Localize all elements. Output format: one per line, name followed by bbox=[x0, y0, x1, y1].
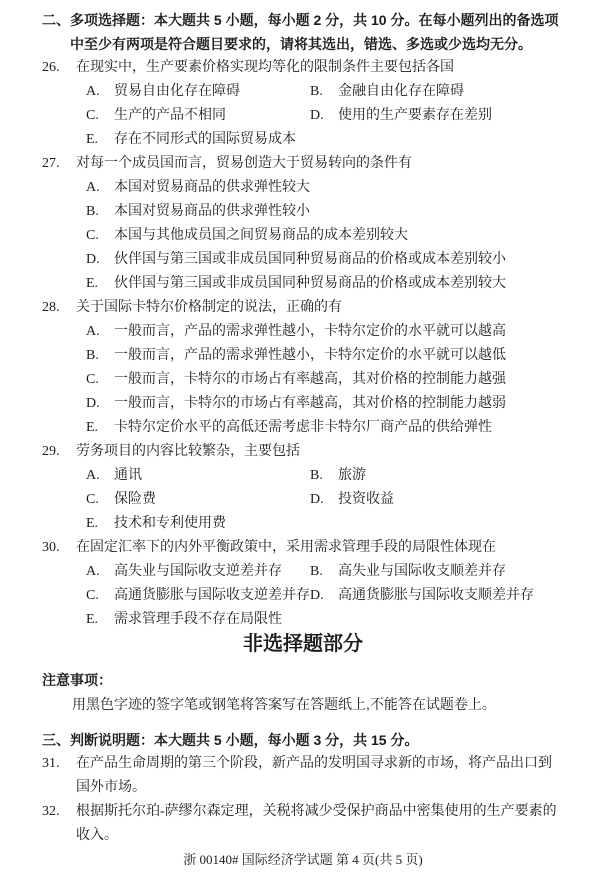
option-label: E. bbox=[86, 608, 114, 632]
question-text: 在产品生命周期的第三个阶段，新产品的发明国寻求新的市场，将产品出口到国外市场。 bbox=[76, 756, 552, 795]
option-text: 投资收益 bbox=[338, 492, 394, 507]
nonselect-part-title: 非选择题部分 bbox=[42, 632, 564, 656]
option-label: C. bbox=[86, 104, 114, 128]
option-label: B. bbox=[310, 80, 338, 104]
question-stem: 劳务项目的内容比较繁杂，主要包括 bbox=[76, 444, 300, 459]
option: B.旅游 bbox=[310, 464, 564, 488]
page-footer: 浙 00140# 国际经济学试题 第 4 页(共 5 页) bbox=[42, 848, 564, 872]
question-stem: 在现实中，生产要素价格实现均等化的限制条件主要包括各国 bbox=[76, 60, 454, 75]
question-number: 30. bbox=[42, 536, 76, 560]
mc-question: 27.对每一个成员国而言，贸易创造大于贸易转向的条件有A.本国对贸易商品的供求弹… bbox=[42, 152, 564, 296]
option-label: E. bbox=[86, 512, 114, 536]
option: E.需求管理手段不存在局限性 bbox=[86, 608, 310, 632]
option-text: 本国对贸易商品的供求弹性较大 bbox=[114, 180, 310, 195]
option-label: E. bbox=[86, 128, 114, 152]
option-text: 伙伴国与第三国或非成员国同种贸易商品的价格或成本差别较大 bbox=[114, 276, 506, 291]
option: D.伙伴国与第三国或非成员国同种贸易商品的价格或成本差别较小 bbox=[86, 248, 564, 272]
option: E.技术和专利使用费 bbox=[86, 512, 310, 536]
section-mc-text: 多项选择题：本大题共 5 小题，每小题 2 分，共 10 分。在每小题列出的备选… bbox=[70, 12, 558, 52]
option-text: 本国与其他成员国之间贸易商品的成本差别较大 bbox=[114, 228, 408, 243]
option-list: A.通讯B.旅游C.保险费D.投资收益E.技术和专利使用费 bbox=[86, 464, 564, 536]
question-number: 29. bbox=[42, 440, 76, 464]
option: C.保险费 bbox=[86, 488, 310, 512]
option-label: E. bbox=[86, 272, 114, 296]
option-text: 保险费 bbox=[114, 492, 156, 507]
section-mc-marker: 二、 bbox=[42, 8, 70, 32]
option-text: 一般而言，产品的需求弹性越小，卡特尔定价的水平就可以越高 bbox=[114, 324, 506, 339]
option-label: B. bbox=[310, 560, 338, 584]
option: C.高通货膨胀与国际收支逆差并存 bbox=[86, 584, 310, 608]
option-label: C. bbox=[86, 488, 114, 512]
option-label: A. bbox=[86, 176, 114, 200]
option: E.伙伴国与第三国或非成员国同种贸易商品的价格或成本差别较大 bbox=[86, 272, 564, 296]
option-text: 一般而言，卡特尔的市场占有率越高，其对价格的控制能力越弱 bbox=[114, 396, 506, 411]
option-list: A.高失业与国际收支逆差并存B.高失业与国际收支顺差并存C.高通货膨胀与国际收支… bbox=[86, 560, 564, 632]
option: A.高失业与国际收支逆差并存 bbox=[86, 560, 310, 584]
question-number: 32. bbox=[42, 800, 76, 824]
option-label: E. bbox=[86, 416, 114, 440]
mc-question: 29.劳务项目的内容比较繁杂，主要包括A.通讯B.旅游C.保险费D.投资收益E.… bbox=[42, 440, 564, 536]
option: C.生产的产品不相同 bbox=[86, 104, 310, 128]
option-label: B. bbox=[86, 200, 114, 224]
option: E.卡特尔定价水平的高低还需考虑非卡特尔厂商产品的供给弹性 bbox=[86, 416, 564, 440]
question-stem: 关于国际卡特尔价格制定的说法，正确的有 bbox=[76, 300, 342, 315]
option: A.一般而言，产品的需求弹性越小，卡特尔定价的水平就可以越高 bbox=[86, 320, 564, 344]
option: D.高通货膨胀与国际收支顺差并存 bbox=[310, 584, 564, 608]
option-label: B. bbox=[86, 344, 114, 368]
option-text: 高通货膨胀与国际收支顺差并存 bbox=[338, 588, 534, 603]
option-list: A.本国对贸易商品的供求弹性较大B.本国对贸易商品的供求弹性较小C.本国与其他成… bbox=[86, 176, 564, 296]
section-judge-header: 三、判断说明题：本大题共 5 小题，每小题 3 分，共 15 分。 bbox=[42, 728, 564, 752]
judge-question: 31.在产品生命周期的第三个阶段，新产品的发明国寻求新的市场，将产品出口到国外市… bbox=[42, 752, 564, 800]
option: C.一般而言，卡特尔的市场占有率越高，其对价格的控制能力越强 bbox=[86, 368, 564, 392]
option-text: 高通货膨胀与国际收支逆差并存 bbox=[114, 588, 310, 603]
option-label: D. bbox=[310, 104, 338, 128]
option-label: C. bbox=[86, 584, 114, 608]
question-stem: 在固定汇率下的内外平衡政策中，采用需求管理手段的局限性体现在 bbox=[76, 540, 496, 555]
section-judge-marker: 三、 bbox=[42, 728, 70, 752]
option-label: A. bbox=[86, 560, 114, 584]
option-label: D. bbox=[86, 248, 114, 272]
option-text: 一般而言，产品的需求弹性越小，卡特尔定价的水平就可以越低 bbox=[114, 348, 506, 363]
option-text: 旅游 bbox=[338, 468, 366, 483]
option: B.高失业与国际收支顺差并存 bbox=[310, 560, 564, 584]
option: D.投资收益 bbox=[310, 488, 564, 512]
option-text: 贸易自由化存在障碍 bbox=[114, 84, 240, 99]
section-mc-header: 二、多项选择题：本大题共 5 小题，每小题 2 分，共 10 分。在每小题列出的… bbox=[42, 8, 564, 56]
option-label: A. bbox=[86, 80, 114, 104]
question-number: 28. bbox=[42, 296, 76, 320]
option-label: D. bbox=[310, 488, 338, 512]
section-judge-text: 判断说明题：本大题共 5 小题，每小题 3 分，共 15 分。 bbox=[70, 732, 418, 748]
option-text: 卡特尔定价水平的高低还需考虑非卡特尔厂商产品的供给弹性 bbox=[114, 420, 492, 435]
option: D.一般而言，卡特尔的市场占有率越高，其对价格的控制能力越弱 bbox=[86, 392, 564, 416]
question-number: 31. bbox=[42, 752, 76, 776]
notes-label: 注意事项： bbox=[42, 668, 564, 692]
question-stem: 对每一个成员国而言，贸易创造大于贸易转向的条件有 bbox=[76, 156, 412, 171]
option: D.使用的生产要素存在差别 bbox=[310, 104, 564, 128]
option-text: 金融自由化存在障碍 bbox=[338, 84, 464, 99]
question-number: 26. bbox=[42, 56, 76, 80]
option-label: C. bbox=[86, 368, 114, 392]
mc-question-list: 26.在现实中，生产要素价格实现均等化的限制条件主要包括各国A.贸易自由化存在障… bbox=[42, 56, 564, 632]
option-list: A.一般而言，产品的需求弹性越小，卡特尔定价的水平就可以越高B.一般而言，产品的… bbox=[86, 320, 564, 440]
option-label: A. bbox=[86, 464, 114, 488]
option: B.一般而言，产品的需求弹性越小，卡特尔定价的水平就可以越低 bbox=[86, 344, 564, 368]
option-text: 伙伴国与第三国或非成员国同种贸易商品的价格或成本差别较小 bbox=[114, 252, 506, 267]
option-text: 高失业与国际收支顺差并存 bbox=[338, 564, 506, 579]
option-label: C. bbox=[86, 224, 114, 248]
option-label: D. bbox=[310, 584, 338, 608]
mc-question: 28.关于国际卡特尔价格制定的说法，正确的有A.一般而言，产品的需求弹性越小，卡… bbox=[42, 296, 564, 440]
question-text: 根据斯托尔珀-萨缪尔森定理，关税将减少受保护商品中密集使用的生产要素的收入。 bbox=[76, 804, 557, 843]
question-number: 27. bbox=[42, 152, 76, 176]
option: A.本国对贸易商品的供求弹性较大 bbox=[86, 176, 564, 200]
option-label: A. bbox=[86, 320, 114, 344]
judge-question-list: 31.在产品生命周期的第三个阶段，新产品的发明国寻求新的市场，将产品出口到国外市… bbox=[42, 752, 564, 848]
option-text: 需求管理手段不存在局限性 bbox=[114, 612, 282, 627]
option-text: 本国对贸易商品的供求弹性较小 bbox=[114, 204, 310, 219]
judge-question: 32.根据斯托尔珀-萨缪尔森定理，关税将减少受保护商品中密集使用的生产要素的收入… bbox=[42, 800, 564, 848]
option: E.存在不同形式的国际贸易成本 bbox=[86, 128, 310, 152]
option: B.本国对贸易商品的供求弹性较小 bbox=[86, 200, 564, 224]
option: B.金融自由化存在障碍 bbox=[310, 80, 564, 104]
mc-question: 26.在现实中，生产要素价格实现均等化的限制条件主要包括各国A.贸易自由化存在障… bbox=[42, 56, 564, 152]
option-list: A.贸易自由化存在障碍B.金融自由化存在障碍C.生产的产品不相同D.使用的生产要… bbox=[86, 80, 564, 152]
option: C.本国与其他成员国之间贸易商品的成本差别较大 bbox=[86, 224, 564, 248]
option-text: 生产的产品不相同 bbox=[114, 108, 226, 123]
option: A.贸易自由化存在障碍 bbox=[86, 80, 310, 104]
option-label: B. bbox=[310, 464, 338, 488]
mc-question: 30.在固定汇率下的内外平衡政策中，采用需求管理手段的局限性体现在A.高失业与国… bbox=[42, 536, 564, 632]
option-text: 通讯 bbox=[114, 468, 142, 483]
option-text: 高失业与国际收支逆差并存 bbox=[114, 564, 282, 579]
option-text: 一般而言，卡特尔的市场占有率越高，其对价格的控制能力越强 bbox=[114, 372, 506, 387]
notes-text: 用黑色字迹的签字笔或钢笔将答案写在答题纸上,不能答在试题卷上。 bbox=[72, 692, 564, 716]
option-text: 使用的生产要素存在差别 bbox=[338, 108, 492, 123]
option-text: 存在不同形式的国际贸易成本 bbox=[114, 132, 296, 147]
exam-page: 二、多项选择题：本大题共 5 小题，每小题 2 分，共 10 分。在每小题列出的… bbox=[0, 0, 598, 889]
option: A.通讯 bbox=[86, 464, 310, 488]
option-text: 技术和专利使用费 bbox=[114, 516, 226, 531]
option-label: D. bbox=[86, 392, 114, 416]
